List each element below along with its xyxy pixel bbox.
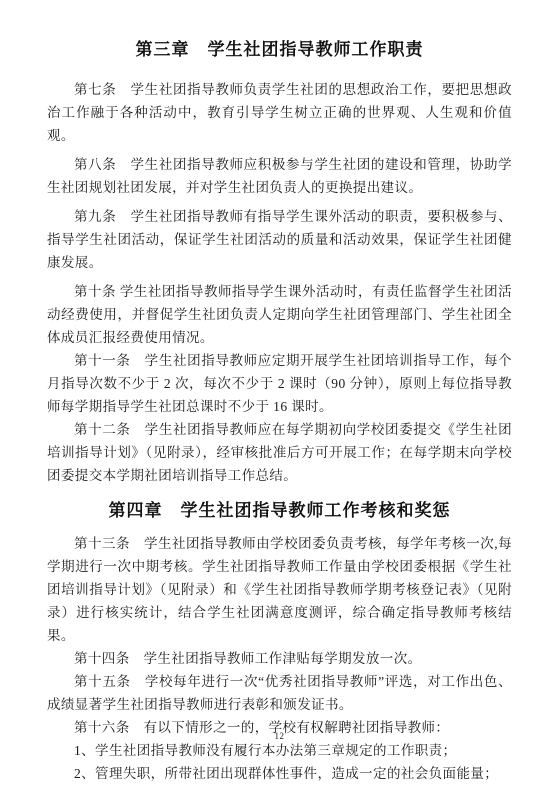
- document-page: 第三章 学生社团指导教师工作职责 第七条 学生社团指导教师负责学生社团的思想政治…: [0, 0, 559, 795]
- article-16-item-2: 2、管理失职，所带社团出现群体性事件，造成一定的社会负面能量；: [47, 762, 512, 785]
- article-16-item-1: 1、学生社团指导教师没有履行本办法第三章规定的工作职责；: [47, 739, 512, 762]
- article-10-paragraph: 第十条 学生社团指导教师指导学生课外活动时，有责任监督学生社团活动经费使用，并督…: [47, 280, 512, 349]
- page-number: 12: [0, 731, 559, 741]
- chapter-4-heading: 第四章 学生社团指导教师工作考核和奖惩: [47, 499, 512, 523]
- article-13-paragraph: 第十三条 学生社团指导教师由学校团委负责考核，每学年考核一次,每学期进行一次中期…: [47, 532, 512, 647]
- article-11-paragraph: 第十一条 学生社团指导教师应定期开展学生社团培训指导工作，每个月指导次数不少于 …: [47, 349, 512, 418]
- chapter-3-heading: 第三章 学生社团指导教师工作职责: [47, 38, 512, 62]
- article-14-paragraph: 第十四条 学生社团指导教师工作津贴每学期发放一次。: [47, 647, 512, 670]
- article-8-paragraph: 第八条 学生社团指导教师应积极参与学生社团的建设和管理，协助学生社团规划社团发展…: [47, 153, 512, 199]
- article-12-paragraph: 第十二条 学生社团指导教师应在每学期初向学校团委提交《学生社团培训指导计划》（见…: [47, 418, 512, 487]
- article-9-paragraph: 第九条 学生社团指导教师有指导学生课外活动的职责，要积极参与、指导学生社团活动，…: [47, 205, 512, 274]
- article-7-paragraph: 第七条 学生社团指导教师负责学生社团的思想政治工作，要把思想政治工作融于各种活动…: [47, 78, 512, 147]
- article-15-paragraph: 第十五条 学校每年进行一次“优秀社团指导教师”评选，对工作出色、成绩显著学生社团…: [47, 670, 512, 716]
